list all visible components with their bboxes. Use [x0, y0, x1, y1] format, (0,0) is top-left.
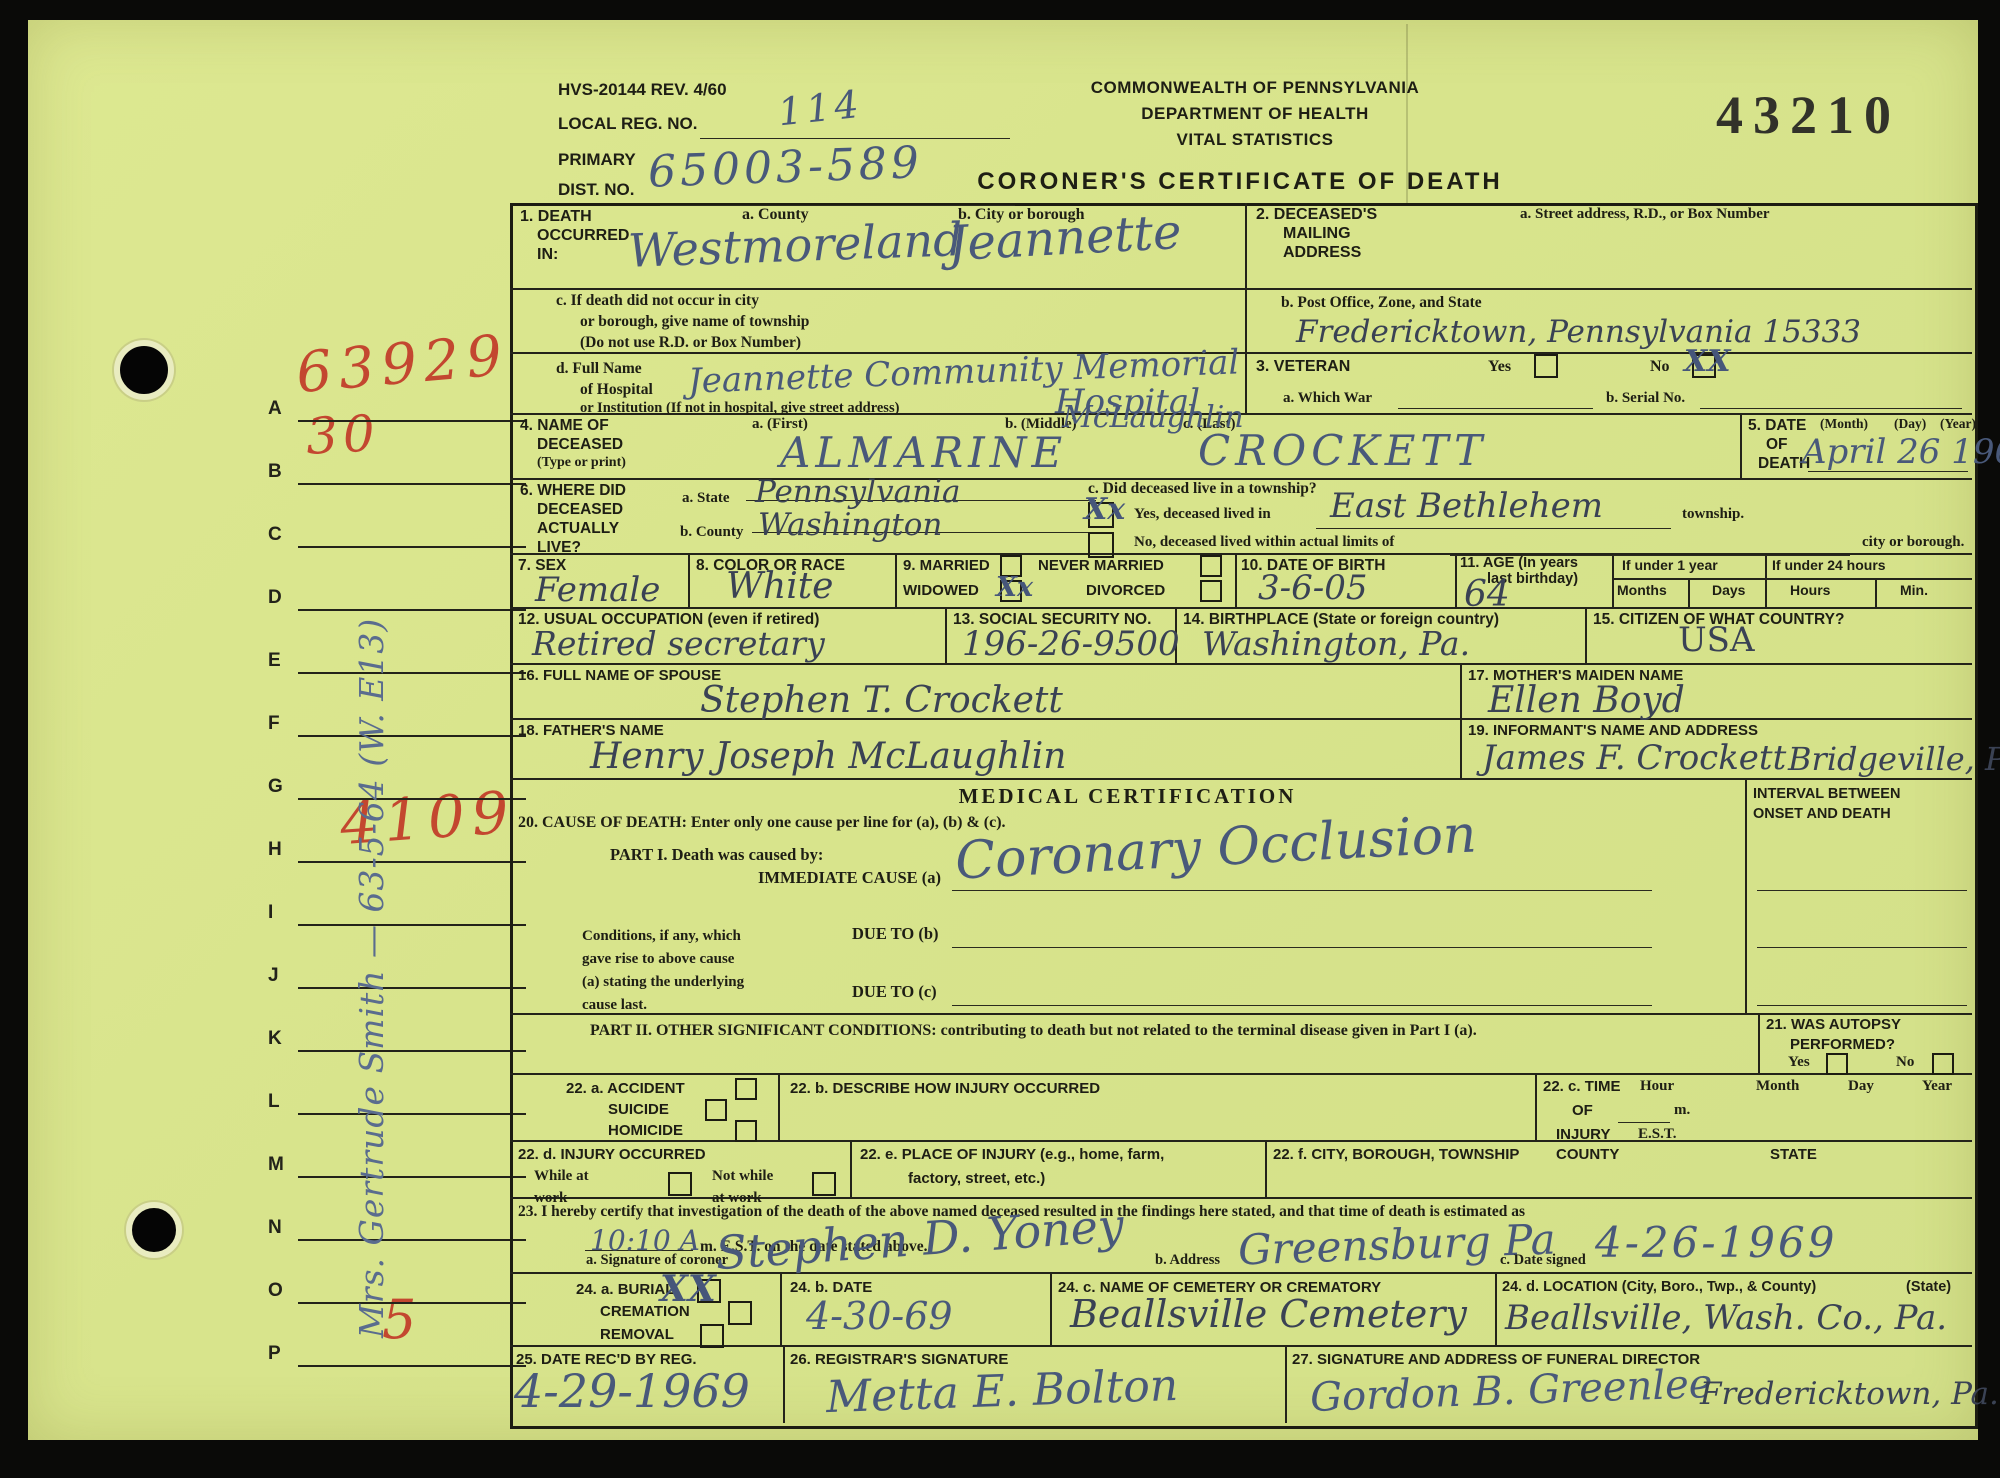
s20-cond-3: (a) stating the underlying [582, 974, 744, 991]
field-underline [1618, 1122, 1670, 1123]
s11-min-label: Min. [1900, 582, 1928, 598]
form-rule-horizontal [510, 352, 1972, 354]
form-rule-vertical [1535, 1073, 1537, 1140]
punch-hole-top [114, 340, 174, 400]
field-underline [1316, 528, 1671, 529]
s9-never-married-checkbox [1200, 555, 1222, 577]
field-underline [700, 138, 1010, 139]
s6-township-suffix: township. [1682, 506, 1744, 523]
margin-letter-k: K [268, 1028, 282, 1050]
s20-cond-4: cause last. [582, 997, 647, 1014]
s9-married-label: 9. MARRIED [903, 557, 990, 574]
scanned-death-certificate: 63929 30 4109 5 ABCDEFGHIJKLMNOP Mrs. Ge… [0, 0, 2000, 1478]
s1-label-1: 1. DEATH [520, 208, 592, 226]
form-rule-horizontal [510, 1345, 1972, 1347]
form-rule-vertical [1495, 1272, 1497, 1345]
form-rule-vertical [1245, 203, 1247, 413]
medical-certification-title: MEDICAL CERTIFICATION [510, 784, 1745, 809]
s22a-homicide-label: HOMICIDE [608, 1122, 683, 1139]
s24-cemetery-value: Beallsville Cemetery [1070, 1292, 1467, 1336]
margin-rule-o [298, 1302, 526, 1304]
form-rule-horizontal [510, 607, 1972, 609]
margin-letter-o: O [268, 1280, 283, 1302]
s9-never-married-label: NEVER MARRIED [1038, 557, 1164, 574]
s22a-suicide-checkbox [705, 1099, 727, 1121]
s6-yes-text: Yes, deceased lived in [1134, 506, 1271, 523]
s6-no-text: No, deceased lived within actual limits … [1134, 534, 1394, 551]
field-underline [952, 947, 1652, 948]
s22b-describe-label: 22. b. DESCRIBE HOW INJURY OCCURRED [790, 1080, 1100, 1097]
certificate-stamp-number: 43210 [1716, 84, 1901, 146]
s6-state-value: Pennsylvania [755, 474, 960, 510]
margin-letter-n: N [268, 1217, 282, 1239]
s2-postoffice-value: Fredericktown, Pennsylvania 15333 [1296, 314, 1861, 350]
s20-part2-label: PART II. OTHER SIGNIFICANT CONDITIONS: c… [590, 1022, 1477, 1040]
s18-father-value: Henry Joseph McLaughlin [590, 736, 1066, 777]
s11-hours-label: Hours [1790, 582, 1830, 598]
s23-date-signed-label: c. Date signed [1500, 1252, 1586, 1269]
s23-date-signed-value: 4-26-1969 [1595, 1218, 1837, 1267]
margin-rule-p [298, 1365, 526, 1367]
s1-label-2: OCCURRED [537, 227, 629, 245]
s20-cause-label: 20. CAUSE OF DEATH: Enter only one cause… [518, 814, 1006, 832]
s16-spouse-label: 16. FULL NAME OF SPOUSE [518, 667, 721, 684]
margin-rule-d [298, 609, 526, 611]
s24-cremation-label: CREMATION [600, 1303, 690, 1320]
s21-no-checkbox [1932, 1053, 1954, 1075]
certificate-title: CORONER'S CERTIFICATE OF DEATH [810, 168, 1670, 196]
form-rule-vertical [1235, 553, 1237, 607]
margin-rule-b [298, 483, 526, 485]
s24-date-value: 4-30-69 [806, 1294, 953, 1338]
form-rule-vertical [778, 1073, 780, 1140]
s22d-while-1: While at [534, 1168, 589, 1185]
form-rule-horizontal [510, 1140, 1972, 1142]
s4-label-3: (Type or print) [537, 455, 626, 471]
header-commonwealth: COMMONWEALTH OF PENNSYLVANIA [1040, 78, 1470, 98]
form-rule-vertical [850, 1140, 852, 1197]
s24-removal-label: REMOVAL [600, 1326, 674, 1343]
form-rule-vertical [780, 1272, 782, 1345]
field-underline [1757, 1005, 1967, 1006]
margin-letter-g: G [268, 776, 283, 798]
s24-location-state-label: (State) [1906, 1279, 1951, 1295]
form-rule-vertical [783, 1345, 785, 1423]
s6-state-label: a. State [682, 490, 730, 507]
s3-serial-label: b. Serial No. [1606, 390, 1685, 407]
s22c-time-label: 22. c. TIME [1543, 1078, 1621, 1095]
s3-whichwar-label: a. Which War [1283, 390, 1372, 407]
form-rule-vertical [895, 553, 897, 607]
margin-letter-d: D [268, 587, 282, 609]
margin-rule-h [298, 861, 526, 863]
form-rule-vertical [1265, 1140, 1267, 1197]
margin-rule-g [298, 798, 526, 800]
s22c-year-label: Year [1922, 1078, 1952, 1095]
s6-no-suffix: city or borough. [1862, 534, 1964, 551]
margin-rule-m [298, 1176, 526, 1178]
s22a-suicide-label: SUICIDE [608, 1101, 669, 1118]
margin-rule-c [298, 546, 526, 548]
margin-rule-i [298, 924, 526, 926]
s4-last-value: CROCKETT [1198, 426, 1487, 475]
form-rule-vertical [1285, 1345, 1287, 1423]
margin-vertical-note: Mrs. Gertrude Smith — 63-5-64 (W. E13) [352, 23, 394, 1338]
s22d-notwhile-checkbox [812, 1172, 836, 1196]
margin-letter-h: H [268, 839, 282, 861]
s5-date-of-death-value: April 26 1969 [1802, 432, 2000, 472]
s22e-place-label-2: factory, street, etc.) [908, 1170, 1045, 1187]
s1-c-line1: c. If death did not occur in city [556, 292, 759, 310]
s22c-m-label: m. [1674, 1102, 1690, 1119]
field-underline [1398, 408, 1593, 409]
s2-postoffice-label: b. Post Office, Zone, and State [1281, 294, 1482, 312]
s27-funeral-director-address: Fredericktown, Pa. [1700, 1376, 1999, 1412]
form-rule-vertical [1050, 1272, 1052, 1345]
s23-signature-label: a. Signature of coroner [586, 1252, 728, 1269]
s24-removal-checkbox [700, 1324, 724, 1348]
margin-rule-j [298, 987, 526, 989]
s21-yes-checkbox [1826, 1053, 1848, 1075]
s22c-injury-label: INJURY [1556, 1126, 1610, 1143]
s3-no-checkmark: XX [1684, 344, 1731, 379]
form-rule-horizontal [510, 288, 1972, 290]
s16-spouse-value: Stephen T. Crockett [700, 680, 1063, 721]
local-reg-value: 114 [776, 82, 865, 135]
margin-letter-l: L [268, 1091, 280, 1113]
s6-no-checkbox [1088, 532, 1114, 558]
s20-part1-label: PART I. Death was caused by: [610, 845, 823, 865]
form-rule-vertical [1765, 553, 1767, 607]
s6-yes-checkmark: Xx [1084, 492, 1125, 527]
margin-letter-j: J [268, 965, 279, 987]
s5-month-label: (Month) [1820, 416, 1868, 432]
s5-day-label: (Day) [1894, 416, 1926, 432]
field-underline [1700, 408, 1962, 409]
s5-label-1: 5. DATE [1748, 417, 1806, 435]
s22f-city-label: 22. f. CITY, BOROUGH, TOWNSHIP [1273, 1146, 1519, 1163]
s22c-month-label: Month [1756, 1078, 1799, 1095]
s2-label-1: 2. DECEASED'S [1256, 206, 1377, 224]
s22f-state-label: STATE [1770, 1146, 1817, 1163]
s22d-while-checkbox [668, 1172, 692, 1196]
s1-c-line2: or borough, give name of township [580, 313, 809, 331]
s11-under1-label: If under 1 year [1622, 557, 1718, 573]
form-rule-vertical [945, 607, 947, 663]
form-rule-vertical [1585, 607, 1587, 663]
s11-under24-label: If under 24 hours [1772, 557, 1886, 573]
s24-cremation-checkbox [728, 1301, 752, 1325]
s8-race-value: White [726, 566, 833, 607]
form-rule-horizontal [510, 778, 1972, 780]
s3-veteran-label: 3. VETERAN [1256, 358, 1350, 376]
form-rule-horizontal [510, 1073, 1972, 1075]
s20-due-b-label: DUE TO (b) [852, 924, 939, 944]
s11-months-label: Months [1617, 582, 1667, 598]
s24-location-label: 24. d. LOCATION (City, Boro., Twp., & Co… [1502, 1279, 1816, 1295]
field-underline [952, 1005, 1652, 1006]
s10-dob-value: 3-6-05 [1258, 568, 1368, 608]
s20-cond-2: gave rise to above cause [582, 951, 734, 968]
s21-no-label: No [1896, 1054, 1914, 1071]
s2-label-3: ADDRESS [1283, 244, 1361, 262]
s1-c-line3: (Do not use R.D. or Box Number) [580, 334, 801, 352]
dist-no-label: DIST. NO. [558, 180, 635, 200]
punch-hole-bottom [126, 1202, 182, 1258]
field-underline [1757, 947, 1967, 948]
s20-cond-1: Conditions, if any, which [582, 928, 741, 945]
margin-rule-e [298, 672, 526, 674]
s11-age-value: 64 [1464, 574, 1510, 615]
margin-letter-e: E [268, 650, 281, 672]
margin-rule-l [298, 1113, 526, 1115]
interval-label-2: ONSET AND DEATH [1753, 806, 1891, 822]
s22c-day-label: Day [1848, 1078, 1874, 1095]
s19-informant-name: James F. Crockett [1482, 738, 1786, 778]
s22d-notwhile-1: Not while [712, 1168, 773, 1185]
form-rule-vertical [1455, 553, 1457, 607]
s25-date-recd-value: 4-29-1969 [514, 1364, 750, 1418]
form-number: HVS-20144 REV. 4/60 [558, 80, 727, 100]
s22c-est-label: E.S.T. [1638, 1126, 1677, 1143]
s6-label-2: DECEASED [537, 501, 623, 519]
s20-immediate-label: IMMEDIATE CAUSE (a) [758, 868, 941, 888]
margin-letter-m: M [268, 1154, 284, 1176]
s12-occupation-value: Retired secretary [532, 624, 825, 663]
s21-yes-label: Yes [1788, 1054, 1810, 1071]
form-rule-vertical [1460, 663, 1462, 778]
s22a-homicide-checkbox [735, 1120, 757, 1142]
form-rule-vertical [1612, 553, 1614, 607]
s22a-accident-label: 22. a. ACCIDENT [566, 1080, 685, 1097]
s6-county-value: Washington [758, 507, 942, 543]
s14-birthplace-value: Washington, Pa. [1202, 624, 1470, 663]
s4-label-2: DECEASED [537, 436, 623, 454]
s1-label-3: IN: [537, 246, 558, 264]
s7-sex-value: Female [535, 570, 660, 610]
form-rule-vertical [1745, 778, 1747, 1013]
header-department: DEPARTMENT OF HEALTH [1040, 104, 1470, 124]
s9-widowed-label: WIDOWED [903, 582, 979, 599]
form-rule-horizontal [1612, 578, 1972, 580]
s22a-accident-checkbox [735, 1078, 757, 1100]
s3-no-label: No [1650, 358, 1670, 376]
s2-label-2: MAILING [1283, 225, 1351, 243]
s21-autopsy-label-1: 21. WAS AUTOPSY [1766, 1016, 1901, 1033]
s4-label-1: 4. NAME OF [520, 417, 609, 435]
s4-first-value: ALMARINE [780, 428, 1067, 477]
margin-letter-a: A [268, 398, 282, 420]
s3-yes-label: Yes [1488, 358, 1511, 376]
s11-age-label-1: 11. AGE (In years [1460, 555, 1578, 571]
s22c-of-label: OF [1572, 1102, 1593, 1119]
s3-yes-checkbox [1534, 354, 1558, 378]
s22e-place-label-1: 22. e. PLACE OF INJURY (e.g., home, farm… [860, 1146, 1164, 1163]
form-rule-vertical [1688, 578, 1690, 607]
form-rule-horizontal [510, 663, 1972, 665]
interval-label-1: INTERVAL BETWEEN [1753, 786, 1900, 802]
s6-county-label: b. County [680, 524, 743, 541]
s11-days-label: Days [1712, 582, 1745, 598]
margin-letter-i: I [268, 902, 273, 924]
s1-d-line3: or Institution (If not in hospital, give… [580, 400, 899, 417]
s21-autopsy-label-2: PERFORMED? [1790, 1036, 1895, 1053]
s6-label-4: LIVE? [537, 539, 581, 557]
margin-rule-f [298, 735, 526, 737]
margin-rule-a [298, 420, 526, 422]
s23-address-label: b. Address [1155, 1252, 1220, 1269]
s13-ssn-value: 196-26-9500 [962, 624, 1180, 664]
margin-letter-p: P [268, 1343, 281, 1365]
form-rule-vertical [1875, 578, 1877, 607]
form-rule-horizontal [510, 1013, 1972, 1015]
s22f-county-label: COUNTY [1556, 1146, 1619, 1163]
s19-informant-address: Bridgeville, Pa. [1788, 740, 2000, 778]
margin-rule-k [298, 1050, 526, 1052]
s17-mother-value: Ellen Boyd [1488, 680, 1685, 721]
form-rule-vertical [1740, 413, 1742, 478]
s1-d-line1: d. Full Name [556, 360, 642, 378]
s1-d-line2: of Hospital [580, 381, 653, 399]
s24-location-value: Beallsville, Wash. Co., Pa. [1505, 1298, 1947, 1338]
s9-widowed-checkmark: Xx [996, 572, 1033, 603]
s6-township-value: East Bethlehem [1330, 486, 1603, 526]
s26-registrar-label: 26. REGISTRAR'S SIGNATURE [790, 1351, 1008, 1368]
s9-divorced-checkbox [1200, 580, 1222, 602]
s22d-injury-occurred-label: 22. d. INJURY OCCURRED [518, 1146, 706, 1163]
local-reg-label: LOCAL REG. NO. [558, 114, 697, 134]
s6-label-1: 6. WHERE DID [520, 482, 626, 500]
s20-due-c-label: DUE TO (c) [852, 982, 937, 1002]
s19-informant-label: 19. INFORMANT'S NAME AND ADDRESS [1468, 722, 1758, 739]
header-vital: VITAL STATISTICS [1040, 130, 1470, 150]
primary-label: PRIMARY [558, 150, 636, 170]
field-underline [1757, 890, 1967, 891]
margin-letter-c: C [268, 524, 282, 546]
form-rule-vertical [688, 553, 690, 607]
s5-label-2: OF [1766, 436, 1788, 454]
s6-label-3: ACTUALLY [537, 520, 619, 538]
s2-street-label: a. Street address, R.D., or Box Number [1520, 206, 1770, 223]
s22c-hour-label: Hour [1640, 1078, 1674, 1095]
field-underline [952, 890, 1652, 891]
s9-divorced-label: DIVORCED [1086, 582, 1165, 599]
s15-citizen-value: USA [1678, 620, 1755, 660]
form-rule-vertical [1758, 1013, 1760, 1073]
margin-letter-f: F [268, 713, 280, 735]
margin-letter-b: B [268, 461, 282, 483]
s5-year-label: (Year) [1940, 416, 1976, 432]
margin-rule-n [298, 1239, 526, 1241]
